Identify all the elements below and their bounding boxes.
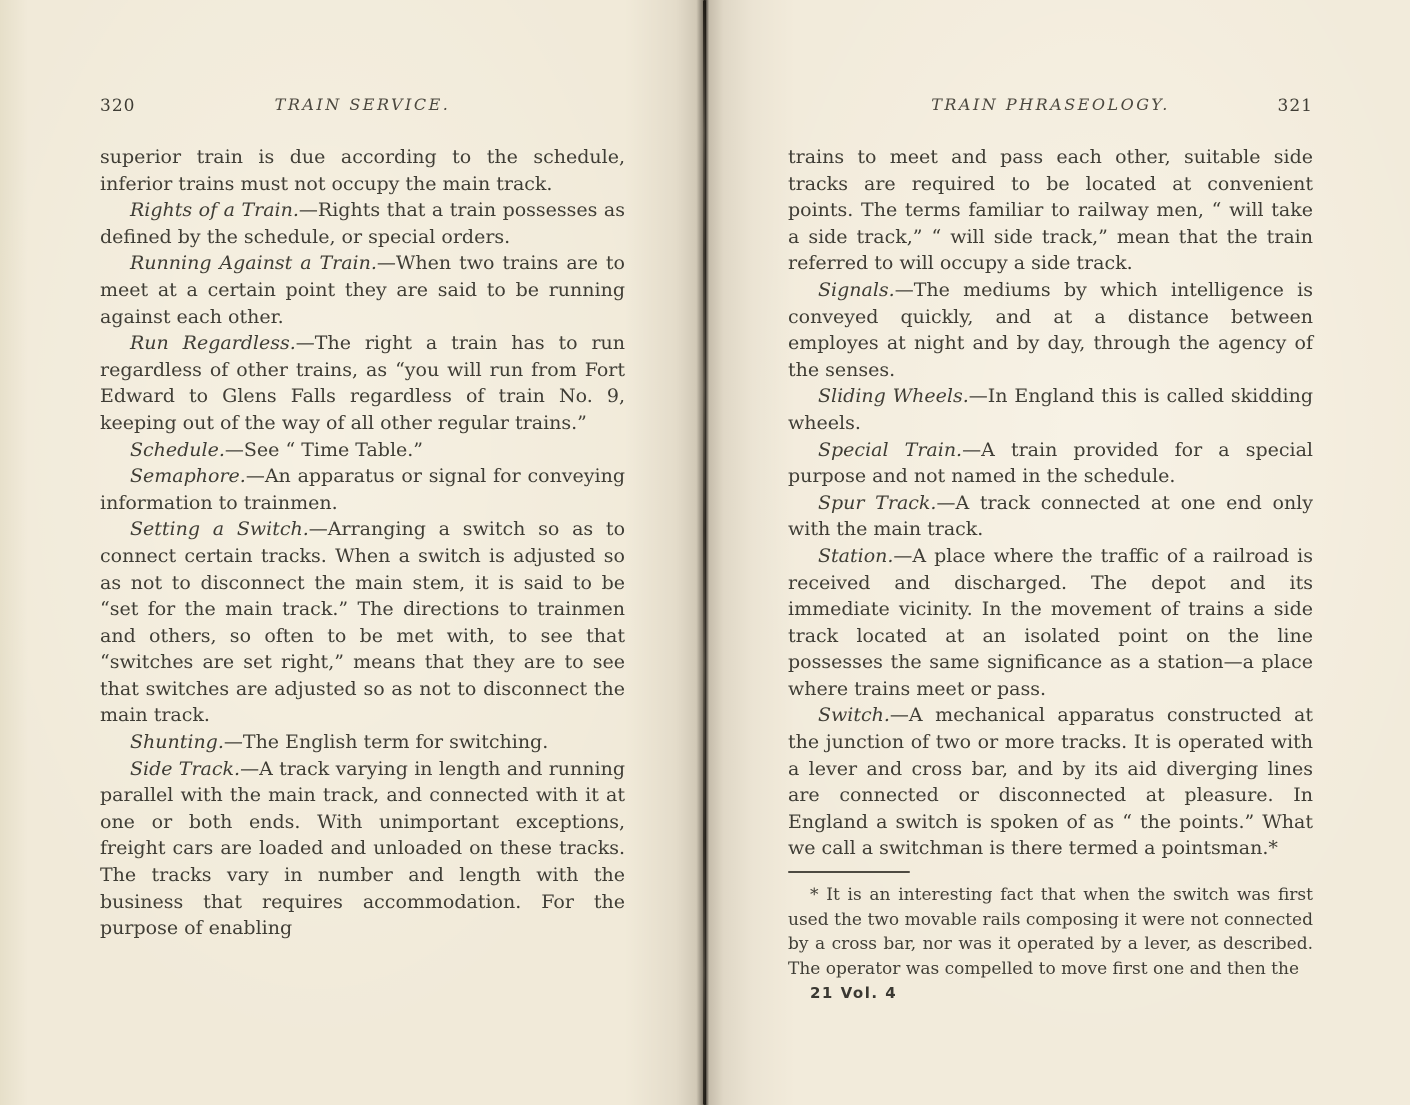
paragraph: Rights of a Train.—Rights that a train p… (100, 197, 625, 250)
page-header-left: 320 TRAIN SERVICE. (100, 95, 625, 123)
definition-term: Station. (818, 545, 893, 567)
page-number-left: 320 (100, 96, 135, 116)
printers-signature: 21 Vol. 4 (788, 984, 1313, 1002)
running-head-right: TRAIN PHRASEOLOGY. (788, 95, 1313, 114)
footnote-text: * It is an interesting fact that when th… (788, 883, 1313, 981)
paragraph-text: —See “ Time Table.” (225, 439, 423, 461)
page-header-right: TRAIN PHRASEOLOGY. 321 (788, 95, 1313, 123)
page-left-content: 320 TRAIN SERVICE. superior train is due… (100, 95, 625, 942)
definition-term: Semaphore. (130, 465, 246, 487)
paragraph: Run Regardless.—The right a train has to… (100, 330, 625, 436)
definition-term: Sliding Wheels. (818, 385, 969, 407)
page-right-content: TRAIN PHRASEOLOGY. 321 trains to meet an… (788, 95, 1313, 1002)
paragraph: Running Against a Train.—When two trains… (100, 250, 625, 330)
page-number-right: 321 (1278, 96, 1313, 116)
paragraph: Semaphore.—An apparatus or signal for co… (100, 463, 625, 516)
definition-term: Schedule. (130, 439, 225, 461)
paragraph: Sliding Wheels.—In England this is calle… (788, 383, 1313, 436)
paragraph: Setting a Switch.—Arranging a switch so … (100, 516, 625, 729)
definition-term: Spur Track. (818, 492, 936, 514)
page-body-left: superior train is due according to the s… (100, 144, 625, 942)
paragraph-text: —Arranging a switch so as to connect cer… (100, 518, 625, 726)
definition-term: Switch. (818, 704, 890, 726)
paragraph: Side Track.—A track varying in length an… (100, 756, 625, 942)
footnote-rule (788, 871, 910, 873)
paragraph: superior train is due according to the s… (100, 144, 625, 197)
paragraph: Schedule.—See “ Time Table.” (100, 437, 625, 464)
page-right: TRAIN PHRASEOLOGY. 321 trains to meet an… (705, 0, 1410, 1105)
footnote: * It is an interesting fact that when th… (788, 871, 1313, 1002)
book-scan: 320 TRAIN SERVICE. superior train is due… (0, 0, 1410, 1105)
paragraph: Shunting.—The English term for switching… (100, 729, 625, 756)
page-body-right: trains to meet and pass each other, suit… (788, 144, 1313, 862)
paragraph: Station.—A place where the traffic of a … (788, 543, 1313, 703)
definition-term: Side Track. (130, 758, 240, 780)
definition-term: Running Against a Train. (130, 252, 377, 274)
definition-term: Run Regardless. (130, 332, 296, 354)
page-left: 320 TRAIN SERVICE. superior train is due… (0, 0, 705, 1105)
paragraph: Signals.—The mediums by which intelligen… (788, 277, 1313, 383)
paragraph-text: trains to meet and pass each other, suit… (788, 146, 1313, 274)
running-head-left: TRAIN SERVICE. (100, 95, 625, 114)
definition-term: Signals. (818, 279, 895, 301)
paragraph: Spur Track.—A track connected at one end… (788, 490, 1313, 543)
paragraph-text: superior train is due according to the s… (100, 146, 625, 195)
definition-term: Setting a Switch. (130, 518, 309, 540)
paragraph-text: —A mechanical apparatus constructed at t… (788, 704, 1313, 859)
definition-term: Special Train. (818, 439, 962, 461)
paragraph: trains to meet and pass each other, suit… (788, 144, 1313, 277)
definition-term: Rights of a Train. (130, 199, 299, 221)
paragraph: Switch.—A mechanical apparatus construct… (788, 702, 1313, 862)
definition-term: Shunting. (130, 731, 224, 753)
paragraph-text: —The English term for switching. (224, 731, 548, 753)
paragraph-text: —A place where the traffic of a railroad… (788, 545, 1313, 700)
paragraph-text: —A track varying in length and running p… (100, 758, 625, 940)
paragraph: Special Train.—A train provided for a sp… (788, 437, 1313, 490)
